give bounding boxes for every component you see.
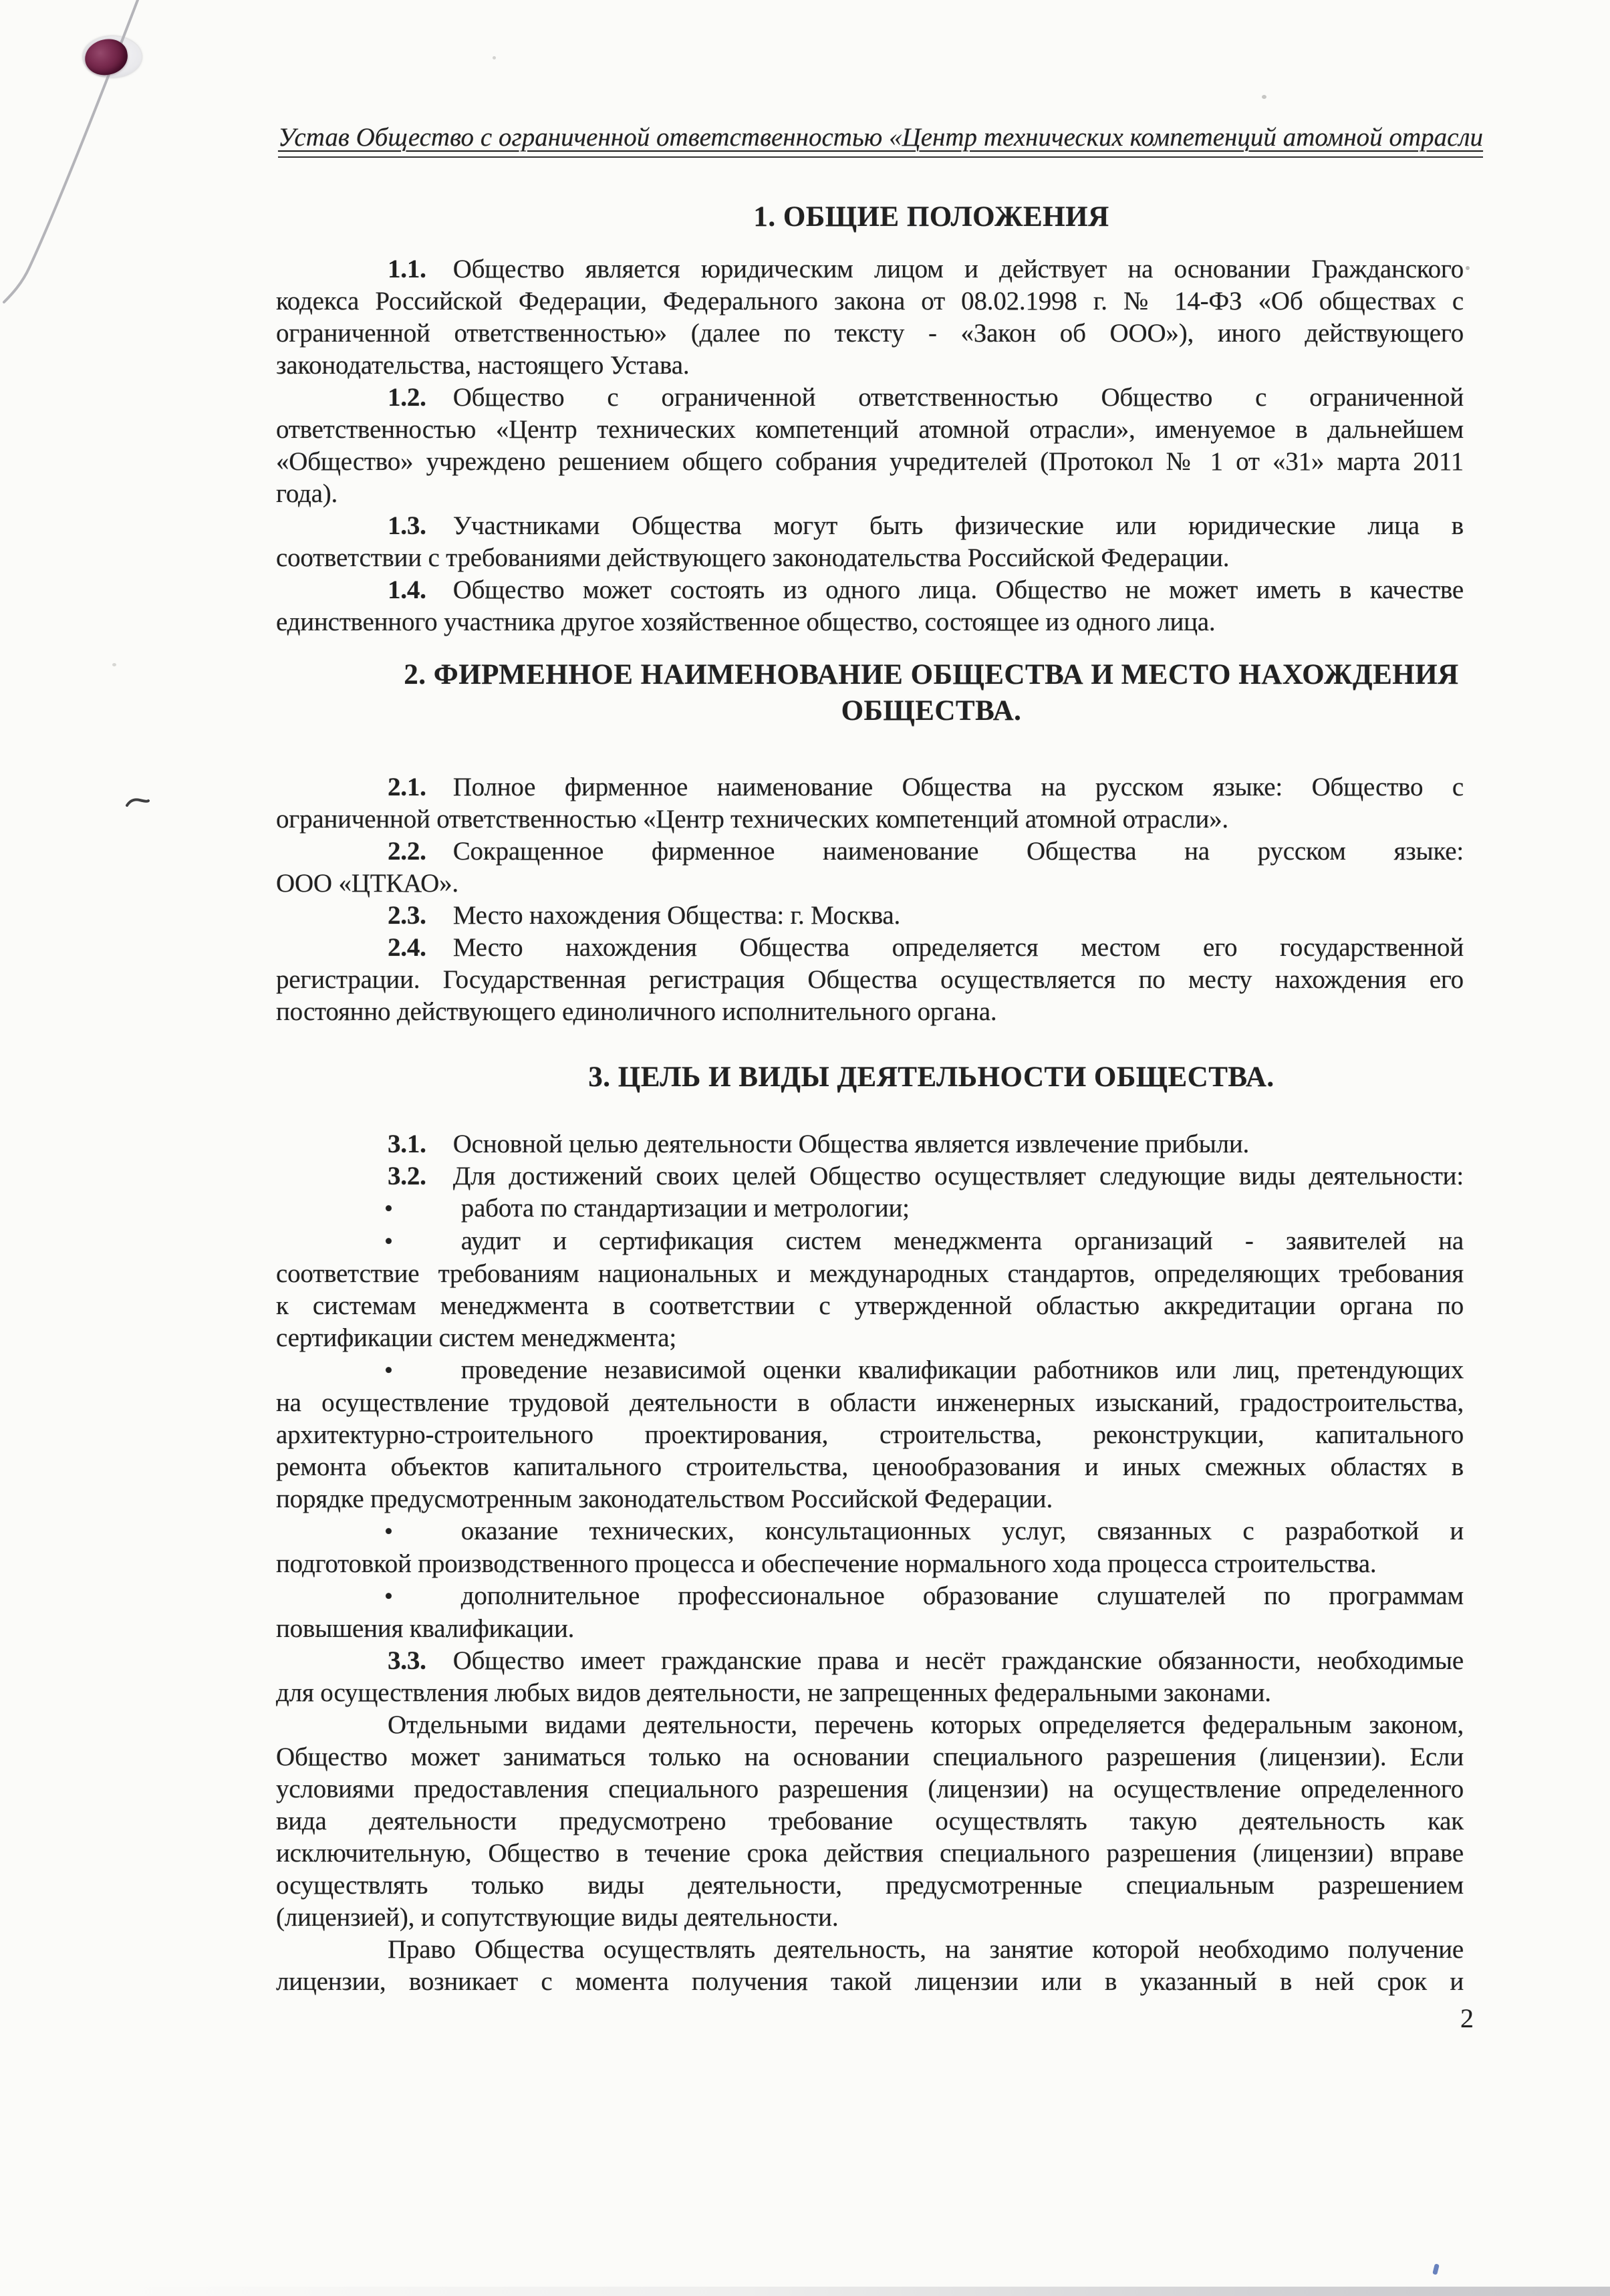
line-text: дополнительное профессиональное образова…: [461, 1581, 1464, 1610]
line: •проведение независимой оценки квалифика…: [276, 1354, 1464, 1387]
line-text: (лицензией), и сопутствующие виды деятел…: [276, 1902, 1464, 1934]
section-1-heading: 1. ОБЩИЕ ПОЛОЖЕНИЯ: [338, 199, 1525, 235]
paragraph-number: 1.2.: [388, 383, 426, 412]
paragraph-license-right: Право Общества осуществлять деятельность…: [276, 1934, 1464, 1998]
paragraph-1-4: 1.4.Общество может состоять из одного ли…: [276, 574, 1464, 638]
bullet-item: •проведение независимой оценки квалифика…: [276, 1354, 1464, 1515]
paragraph-number: 1.4.: [388, 576, 426, 604]
paragraph-number: 3.2.: [388, 1162, 426, 1190]
line-text: соответствие требованиям национальных и …: [276, 1258, 1464, 1290]
line-text: повышения квалификации.: [276, 1613, 1464, 1645]
line-text: Для достижений своих целей Общество осущ…: [453, 1162, 1464, 1190]
line-text: законодательства, настоящего Устава.: [276, 350, 1464, 382]
paragraph-1-3: 1.3.Участниками Общества могут быть физи…: [276, 510, 1464, 574]
line-text: ремонта объектов капитального строительс…: [276, 1451, 1464, 1483]
line: 2.3.Место нахождения Общества: г. Москва…: [276, 900, 1464, 932]
paragraph-number: 1.3.: [388, 511, 426, 540]
section-1-body: 1.1.Общество является юридическим лицом …: [276, 253, 1464, 638]
paragraph-number: 2.2.: [388, 837, 426, 866]
line-text: лицензии, возникает с момента получения …: [276, 1966, 1464, 1998]
document-title: Устав Общество с ограниченной ответствен…: [278, 123, 1483, 152]
line-text: к системам менеджмента в соответствии с …: [276, 1290, 1464, 1322]
line-text: года).: [276, 478, 1464, 510]
scan-speck: [493, 56, 496, 59]
line-text: для осуществления любых видов деятельнос…: [276, 1677, 1464, 1709]
page-number: 2: [1407, 2003, 1474, 2035]
line-text: подготовкой производственного процесса и…: [276, 1548, 1464, 1580]
line-text: порядке предусмотренным законодательство…: [276, 1483, 1464, 1515]
scan-edge-shadow: [0, 2287, 1610, 2296]
line: 2.1.Полное фирменное наименование Общест…: [276, 771, 1464, 803]
line-text: сертификации систем менеджмента;: [276, 1322, 1464, 1354]
line-text: Отдельными видами деятельности, перечень…: [276, 1709, 1464, 1741]
line-text: условиями предоставления специального ра…: [276, 1773, 1464, 1805]
line: •оказание технических, консультационных …: [276, 1515, 1464, 1548]
line: 2.2.Сокращенное фирменное наименование О…: [276, 836, 1464, 868]
line-text: Участниками Общества могут быть физическ…: [453, 511, 1464, 540]
line-text: работа по стандартизации и метрологии;: [461, 1194, 910, 1223]
line-text: Общество с ограниченной ответственностью…: [453, 383, 1464, 412]
line: 3.3.Общество имеет гражданские права и н…: [276, 1645, 1464, 1677]
paragraph-3-1: 3.1.Основной целью деятельности Общества…: [276, 1128, 1464, 1160]
paragraph-2-3: 2.3.Место нахождения Общества: г. Москва…: [276, 900, 1464, 932]
section-3-heading: 3. ЦЕЛЬ И ВИДЫ ДЕЯТЕЛЬНОСТИ ОБЩЕСТВА.: [338, 1059, 1525, 1096]
bullet-icon: •: [384, 1195, 393, 1223]
paragraph-number: 2.4.: [388, 933, 426, 962]
line-text: ответственностью «Центр технических комп…: [276, 414, 1464, 446]
line-text: исключительную, Общество в течение срока…: [276, 1837, 1464, 1870]
line-text: Общество может состоять из одного лица. …: [453, 576, 1464, 604]
line: •аудит и сертификация систем менеджмента…: [276, 1225, 1464, 1258]
pen-speck: [1432, 2263, 1440, 2275]
scan-speck: [1466, 266, 1470, 270]
line-text: осуществлять только виды деятельности, п…: [276, 1870, 1464, 1902]
line: 3.1.Основной целью деятельности Общества…: [276, 1128, 1464, 1160]
bullet-item: •работа по стандартизации и метрологии;: [276, 1192, 1464, 1225]
line-text: на осуществление трудовой деятельности в…: [276, 1387, 1464, 1419]
line: 3.2.Для достижений своих целей Общество …: [276, 1160, 1464, 1192]
line-text: соответствии с требованиями действующего…: [276, 542, 1464, 574]
line-text: оказание технических, консультационных у…: [461, 1517, 1464, 1545]
scan-speck: [112, 663, 116, 666]
line-text: Общество имеет гражданские права и несёт…: [453, 1646, 1464, 1675]
paragraph-2-1: 2.1.Полное фирменное наименование Общест…: [276, 771, 1464, 836]
paragraph-number: 1.1.: [388, 255, 426, 283]
bullet-icon: •: [384, 1228, 393, 1255]
bullet-icon: •: [384, 1518, 393, 1545]
line: 1.4.Общество может состоять из одного ли…: [276, 574, 1464, 606]
line-text: Общество может заниматься только на осно…: [276, 1741, 1464, 1773]
paragraph-2-4: 2.4.Место нахождения Общества определяет…: [276, 932, 1464, 1028]
section-2-body: 2.1.Полное фирменное наименование Общест…: [276, 771, 1464, 1028]
line-text: архитектурно-строительного проектировани…: [276, 1419, 1464, 1451]
section-2-heading-line-2: ОБЩЕСТВА.: [338, 693, 1525, 729]
line: 1.2.Общество с ограниченной ответственно…: [276, 382, 1464, 414]
binding-thread: [0, 0, 174, 314]
scan-speck: [1262, 95, 1266, 99]
line: •дополнительное профессиональное образов…: [276, 1580, 1464, 1613]
paragraph-licensing: Отдельными видами деятельности, перечень…: [276, 1709, 1464, 1934]
line-text: ООО «ЦТКАО».: [276, 868, 1464, 900]
line-text: Место нахождения Общества: г. Москва.: [453, 901, 900, 930]
paragraph-number: 2.3.: [388, 901, 426, 930]
bullet-item: •дополнительное профессиональное образов…: [276, 1580, 1464, 1645]
paragraph-3-2: 3.2.Для достижений своих целей Общество …: [276, 1160, 1464, 1192]
section-2-heading-line-1: 2. ФИРМЕННОЕ НАИМЕНОВАНИЕ ОБЩЕСТВА И МЕС…: [338, 657, 1525, 693]
bullet-item: •оказание технических, консультационных …: [276, 1515, 1464, 1580]
paragraph-number: 3.1.: [388, 1130, 426, 1158]
line-text: Общество является юридическим лицом и де…: [453, 255, 1464, 283]
document-running-header: Устав Общество с ограниченной ответствен…: [278, 122, 1483, 158]
line-text: аудит и сертификация систем менеджмента …: [461, 1227, 1464, 1255]
line: 2.4.Место нахождения Общества определяет…: [276, 932, 1464, 964]
line-text: «Общество» учреждено решением общего соб…: [276, 446, 1464, 478]
paragraph-2-2: 2.2.Сокращенное фирменное наименование О…: [276, 836, 1464, 900]
line-text: ограниченной ответственностью «Центр тех…: [276, 803, 1464, 836]
line-text: единственного участника другое хозяйстве…: [276, 606, 1464, 638]
line-text: постоянно действующего единоличного испо…: [276, 996, 1464, 1028]
line-text: ограниченной ответственностью» (далее по…: [276, 317, 1464, 350]
line-text: кодекса Российской Федерации, Федерально…: [276, 285, 1464, 317]
section-3-body: 3.1.Основной целью деятельности Общества…: [276, 1128, 1464, 1998]
line: •работа по стандартизации и метрологии;: [276, 1192, 1464, 1225]
line-text: Сокращенное фирменное наименование Общес…: [453, 837, 1464, 866]
paragraph-1-1: 1.1.Общество является юридическим лицом …: [276, 253, 1464, 382]
bullet-icon: •: [384, 1583, 393, 1610]
scanned-document-page: Устав Общество с ограниченной ответствен…: [0, 0, 1610, 2296]
paragraph-1-2: 1.2.Общество с ограниченной ответственно…: [276, 382, 1464, 510]
paragraph-3-3: 3.3.Общество имеет гражданские права и н…: [276, 1645, 1464, 1709]
pen-mark: [126, 797, 159, 809]
paragraph-number: 3.3.: [388, 1646, 426, 1675]
line-text: Основной целью деятельности Общества явл…: [453, 1130, 1249, 1158]
section-2-heading: 2. ФИРМЕННОЕ НАИМЕНОВАНИЕ ОБЩЕСТВА И МЕС…: [338, 657, 1525, 729]
bullet-item: •аудит и сертификация систем менеджмента…: [276, 1225, 1464, 1354]
line-text: вида деятельности предусмотрено требован…: [276, 1805, 1464, 1837]
line-text: проведение независимой оценки квалификац…: [461, 1356, 1464, 1384]
line-text: Право Общества осуществлять деятельность…: [276, 1934, 1464, 1966]
line: 1.3.Участниками Общества могут быть физи…: [276, 510, 1464, 542]
line-text: регистрации. Государственная регистрация…: [276, 964, 1464, 996]
paragraph-number: 2.1.: [388, 773, 426, 801]
line-text: Место нахождения Общества определяется м…: [453, 933, 1464, 962]
line: 1.1.Общество является юридическим лицом …: [276, 253, 1464, 285]
bullet-icon: •: [384, 1357, 393, 1384]
line-text: Полное фирменное наименование Общества н…: [453, 773, 1464, 801]
